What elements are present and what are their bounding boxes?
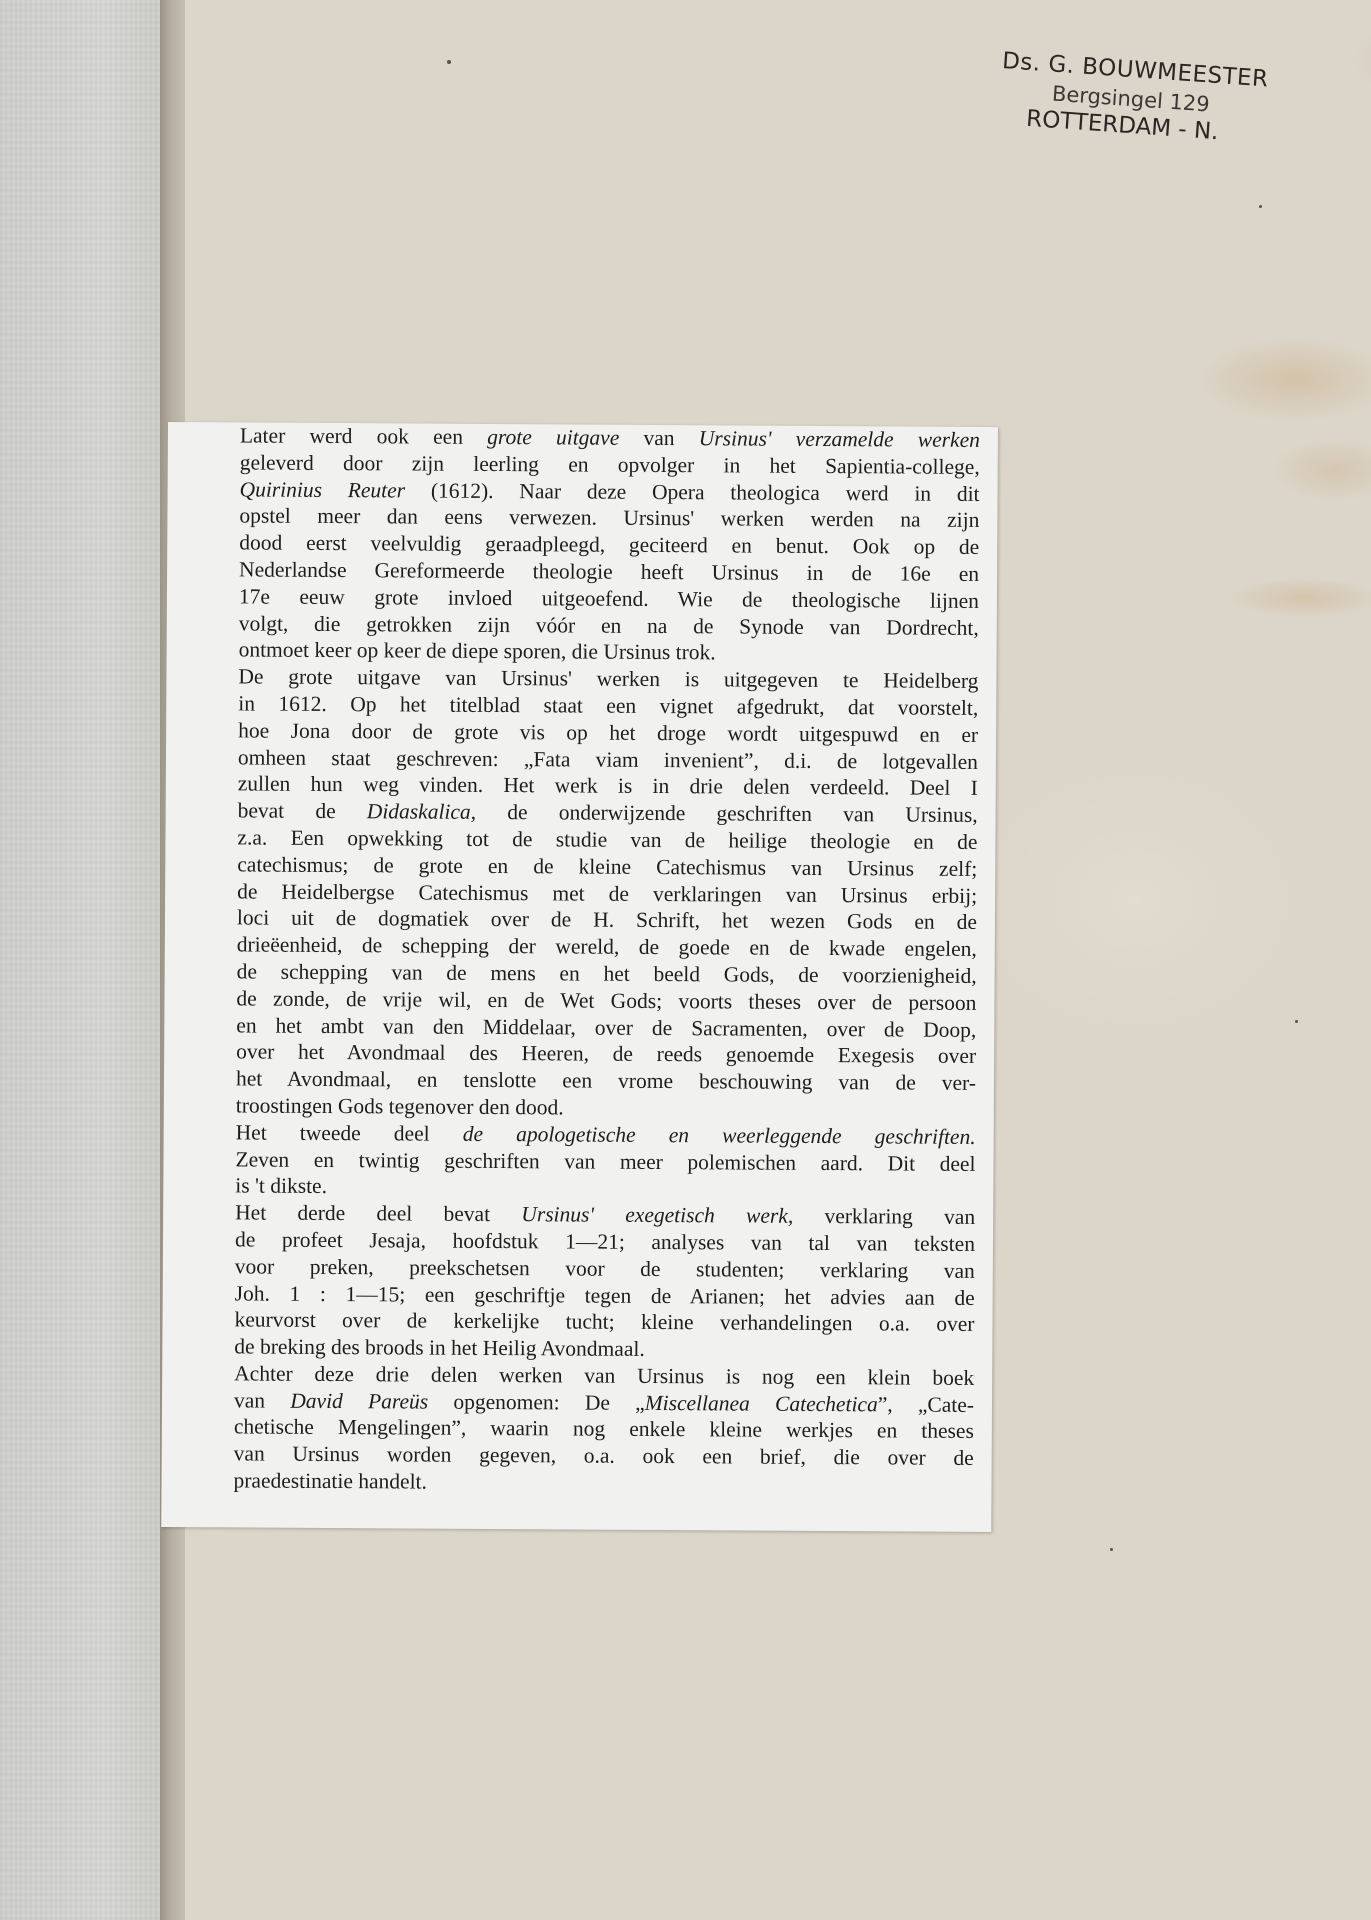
text: ”, „Cate- bbox=[878, 1392, 974, 1417]
text: chetische Mengelingen”, waarin nog enkel… bbox=[234, 1415, 974, 1444]
paper-speck bbox=[1259, 205, 1262, 208]
text: ontmoet keer op keer de diepe sporen, di… bbox=[239, 638, 716, 665]
paper-speck bbox=[1295, 1020, 1298, 1023]
text: opstel meer dan eens verwezen. Ursinus' … bbox=[239, 504, 979, 533]
left-page-cover bbox=[0, 0, 175, 1920]
paragraph: Achter deze drie delen werken van Ursinu… bbox=[203, 1360, 974, 1499]
text: de profeet Jesaja, hoofdstuk 1—21; analy… bbox=[235, 1227, 975, 1256]
text: z.a. Een opwekking tot de studie van de … bbox=[237, 825, 977, 854]
text: catechismus; de grote en de kleine Catec… bbox=[237, 852, 977, 881]
text-line: voor preken, preekschetsen voor de stude… bbox=[205, 1253, 975, 1285]
text: troostingen Gods tegenover den dood. bbox=[236, 1093, 564, 1119]
text: Achter deze drie delen werken van Ursinu… bbox=[234, 1361, 974, 1390]
text: is 't dikste. bbox=[235, 1174, 327, 1199]
text-line: 17e eeuw grote invloed uitgeoefend. Wie … bbox=[209, 583, 979, 615]
text-line: hoe Jona door de grote vis op het droge … bbox=[208, 717, 978, 749]
text: Joh. 1 : 1—15; een geschriftje tegen de … bbox=[235, 1281, 975, 1310]
text: 17e eeuw grote invloed uitgeoefend. Wie … bbox=[239, 584, 979, 613]
text: in 1612. Op het titelblad staat een vign… bbox=[238, 691, 978, 720]
text: de zonde, de vrije wil, en de Wet Gods; … bbox=[236, 986, 976, 1015]
text: de breking des broods in het Heilig Avon… bbox=[234, 1335, 645, 1362]
text: opgenomen: De „ bbox=[428, 1389, 645, 1414]
italic-text: Didaskalica, bbox=[367, 799, 476, 824]
italic-text: de apologetische en weerleggende geschri… bbox=[463, 1122, 976, 1149]
text-line: de profeet Jesaja, hoofdstuk 1—21; analy… bbox=[205, 1226, 975, 1258]
italic-text: Ursinus' exegetisch werk, bbox=[521, 1202, 793, 1228]
text: praedestinatie handelt. bbox=[233, 1468, 427, 1493]
text: de Heidelbergse Catechismus met de verkl… bbox=[237, 879, 977, 908]
text: omheen staat geschreven: „Fata viam inve… bbox=[238, 745, 978, 774]
italic-text: Miscellanea Catechetica bbox=[645, 1391, 878, 1416]
text: (1612). Naar deze Opera theologica werd … bbox=[405, 478, 980, 506]
text: Het tweede deel bbox=[236, 1120, 463, 1145]
text: volgt, die getrokken zijn vóór en na de … bbox=[239, 611, 979, 640]
text-line: geleverd door zijn leerling en opvolger … bbox=[210, 449, 980, 481]
italic-text: Ursinus' verzamelde werken bbox=[699, 426, 980, 452]
text: voor preken, preekschetsen voor de stude… bbox=[235, 1254, 975, 1283]
text: het Avondmaal, en tenslotte een vrome be… bbox=[236, 1067, 976, 1096]
newspaper-clipping: Later werd ook een grote uitgave van Urs… bbox=[161, 422, 998, 1532]
text: hoe Jona door de grote vis op het droge … bbox=[238, 718, 978, 747]
text: De grote uitgave van Ursinus' werken is … bbox=[238, 665, 978, 694]
paragraph: De grote uitgave van Ursinus' werken is … bbox=[206, 663, 979, 1123]
text: bevat de bbox=[238, 799, 367, 824]
paragraph: Het derde deel bevat Ursinus' exegetisch… bbox=[204, 1199, 975, 1364]
text-line: praedestinatie handelt. bbox=[203, 1467, 973, 1499]
italic-text: David Pareüs bbox=[290, 1388, 428, 1413]
text: Het derde deel bevat bbox=[235, 1201, 521, 1227]
clipping-text: Later werd ook een grote uitgave van Urs… bbox=[203, 422, 980, 1499]
text-line: Achter deze drie delen werken van Ursinu… bbox=[204, 1360, 974, 1392]
text: Nederlandse Gereformeerde theologie heef… bbox=[239, 557, 979, 586]
text: van bbox=[619, 426, 699, 450]
text: zullen hun weg vinden. Het werk is in dr… bbox=[238, 772, 978, 801]
text: Zeven en twintig geschriften van meer po… bbox=[235, 1147, 975, 1176]
text: Later werd ook een bbox=[240, 423, 487, 449]
italic-text: Quirinius Reuter bbox=[240, 477, 406, 502]
text: verklaring van bbox=[793, 1204, 975, 1229]
paper-speck bbox=[1110, 1548, 1113, 1551]
text: geleverd door zijn leerling en opvolger … bbox=[240, 450, 980, 479]
text: dood eerst veelvuldig geraadpleegd, geci… bbox=[239, 531, 979, 560]
text: loci uit de dogmatiek over de H. Schrift… bbox=[237, 906, 977, 935]
text: keurvorst over de kerkelijke tucht; klei… bbox=[234, 1308, 974, 1337]
text: de onderwijzende geschriften van Ursinus… bbox=[476, 800, 978, 827]
text: de schepping van de mens en het beeld Go… bbox=[237, 959, 977, 988]
text-line: Het tweede deel de apologetische en weer… bbox=[206, 1119, 976, 1151]
text: over het Avondmaal des Heeren, de reeds … bbox=[236, 1040, 976, 1069]
text-line: de zonde, de vrije wil, en de Wet Gods; … bbox=[206, 985, 976, 1017]
paper-speck bbox=[447, 60, 451, 64]
paragraph: Later werd ook een grote uitgave van Urs… bbox=[209, 422, 980, 668]
italic-text: grote uitgave bbox=[487, 425, 619, 450]
paragraph: Het tweede deel de apologetische en weer… bbox=[205, 1119, 975, 1204]
text: en het ambt van den Middelaar, over de S… bbox=[236, 1013, 976, 1042]
text: van bbox=[234, 1388, 290, 1412]
text: drieëenheid, de schepping der wereld, de… bbox=[237, 933, 977, 962]
text-line: catechismus; de grote en de kleine Catec… bbox=[207, 851, 977, 883]
text: van Ursinus worden gegeven, o.a. ook een… bbox=[234, 1442, 974, 1471]
